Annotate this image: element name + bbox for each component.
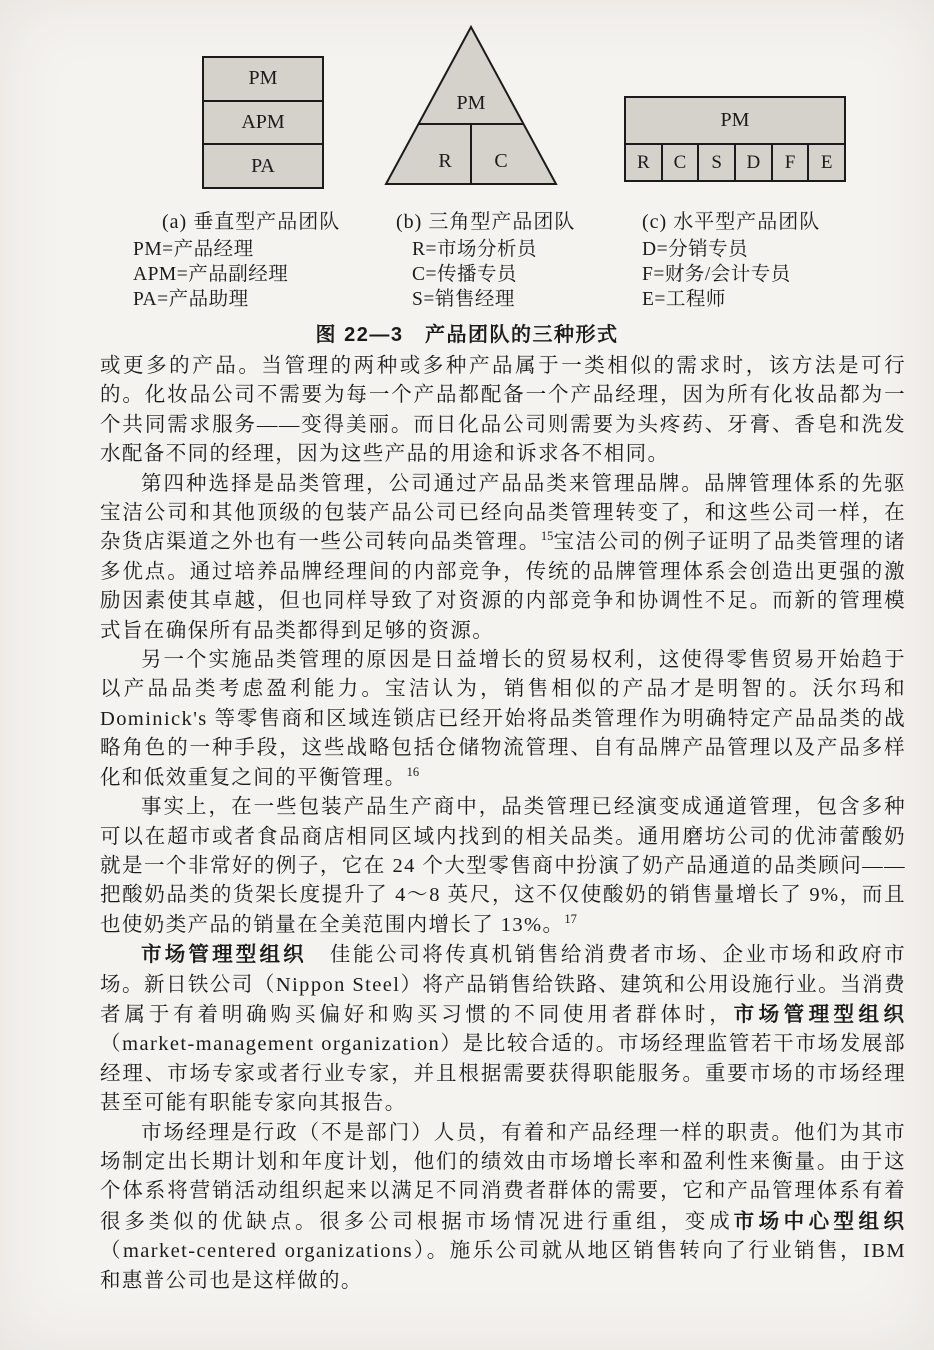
paragraph: 或更多的产品。当管理的两种或多种产品属于一类相似的需求时，该方法是可行的。化妆品…: [100, 352, 906, 470]
text-run: （market-centered organizations）。施乐公司就从地区…: [100, 1240, 906, 1291]
text-run: （market-management organization）是比较合适的。市…: [100, 1033, 906, 1114]
diagram-cell-pm: PM: [204, 58, 322, 102]
body-text: 或更多的产品。当管理的两种或多种产品属于一类相似的需求时，该方法是可行的。化妆品…: [100, 352, 906, 1296]
bold-term: 市场管理型组织: [734, 1003, 906, 1026]
diagram-b-label: (b) 三角型产品团队: [396, 205, 575, 234]
diagram-cell-pm: PM: [457, 92, 486, 114]
paragraph: 另一个实施品类管理的原因是日益增长的贸易权利，这使得零售贸易开始趋于以产品品类考…: [100, 646, 906, 793]
paragraph: 市场经理是行政（不是部门）人员，有着和产品经理一样的职责。他们为其市场制定出长期…: [100, 1119, 906, 1296]
book-page: PM APM PA PM R C PM R C S D F E (a) 垂直型产…: [0, 0, 934, 1350]
diagram-c-label: (c) 水平型产品团队: [642, 205, 820, 234]
legend-item: C=传播专员: [412, 263, 537, 288]
bold-term: 市场管理型组织: [141, 943, 307, 966]
diagram-cell-d: D: [734, 145, 771, 180]
diagram-cell-pa: PA: [204, 145, 322, 187]
legend-item: F=财务/会计专员: [642, 263, 791, 288]
legend-column-a: PM=产品经理 APM=产品副经理 PA=产品助理: [133, 238, 288, 312]
paragraph: 第四种选择是品类管理，公司通过产品品类来管理品牌。品牌管理体系的先驱宝洁公司和其…: [100, 470, 906, 646]
legend-item: S=销售经理: [412, 288, 537, 313]
footnote-ref: 15: [541, 530, 554, 544]
figure-caption: 图 22—3 产品团队的三种形式: [0, 318, 934, 347]
text-run: 另一个实施品类管理的原因是日益增长的贸易权利，这使得零售贸易开始趋于以产品品类考…: [100, 649, 906, 789]
legend-item: PA=产品助理: [133, 288, 288, 313]
paragraph: 市场管理型组织 佳能公司将传真机销售给消费者市场、企业市场和政府市场。新日铁公司…: [100, 940, 906, 1118]
triangle-team-diagram: PM R C: [383, 24, 559, 188]
horizontal-team-diagram: PM R C S D F E: [624, 96, 846, 182]
bold-term: 市场中心型组织: [734, 1210, 906, 1233]
diagram-cell-c: C: [661, 145, 698, 180]
diagram-cell-pm: PM: [626, 98, 844, 145]
legend-column-c: D=分销专员 F=财务/会计专员 E=工程师: [642, 238, 791, 312]
legend-item: APM=产品副经理: [133, 263, 288, 288]
diagram-cell-s: S: [697, 145, 734, 180]
horizontal-team-bottom-row: R C S D F E: [626, 145, 844, 180]
diagram-cell-f: F: [771, 145, 808, 180]
diagram-cell-r: R: [438, 150, 452, 172]
diagram-cell-apm: APM: [204, 102, 322, 146]
text-run: 或更多的产品。当管理的两种或多种产品属于一类相似的需求时，该方法是可行的。化妆品…: [100, 355, 906, 465]
legend-item: PM=产品经理: [133, 238, 288, 263]
legend-column-b: R=市场分析员 C=传播专员 S=销售经理: [412, 238, 537, 312]
footnote-ref: 17: [564, 912, 577, 926]
paragraph: 事实上，在一些包装产品生产商中，品类管理已经演变成通道管理，包含多种可以在超市或…: [100, 793, 906, 940]
vertical-team-diagram: PM APM PA: [202, 56, 324, 189]
diagram-cell-e: E: [807, 145, 844, 180]
diagram-cell-r: R: [626, 145, 661, 180]
legend-item: D=分销专员: [642, 238, 791, 263]
text-run: 事实上，在一些包装产品生产商中，品类管理已经演变成通道管理，包含多种可以在超市或…: [100, 796, 906, 936]
legend-item: E=工程师: [642, 288, 791, 313]
diagram-a-label: (a) 垂直型产品团队: [162, 205, 340, 234]
diagram-cell-c: C: [494, 150, 507, 172]
legend-item: R=市场分析员: [412, 238, 537, 263]
footnote-ref: 16: [407, 765, 420, 779]
